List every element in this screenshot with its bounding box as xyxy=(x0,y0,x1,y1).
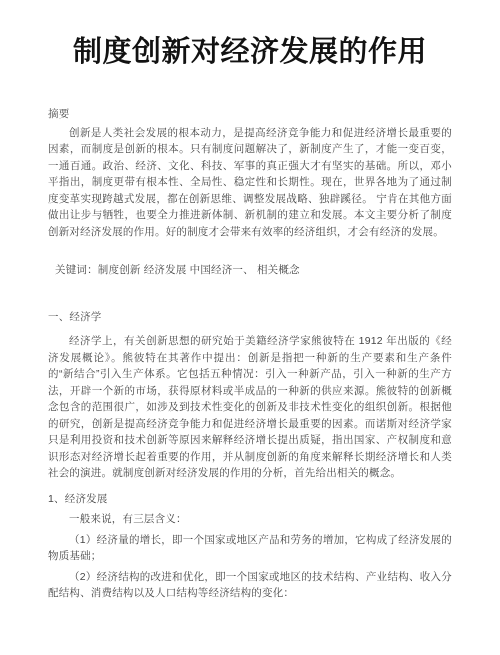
document-page: 制度创新对经济发展的作用 摘要 创新是人类社会发展的根本动力，是提高经济竞争能力… xyxy=(0,0,500,655)
keywords-line: 关键词：制度创新 经济发展 中国经济一、 相关概念 xyxy=(48,262,452,279)
economic-development-intro: 一般来说，有三层含义： xyxy=(48,511,452,528)
economic-development-item-2: （2）经济结构的改进和优化，即一个国家或地区的技术结构、产业结构、收入分配结构、… xyxy=(48,569,452,602)
abstract-label: 摘要 xyxy=(48,106,452,123)
economic-development-item-1: （1）经济量的增长，即一个国家或地区产品和劳务的增加，它构成了经济发展的物质基础… xyxy=(48,532,452,565)
abstract-paragraph: 创新是人类社会发展的根本动力，是提高经济竞争能力和促进经济增长最重要的因素，而制… xyxy=(48,125,452,241)
economics-paragraph: 经济学上，有关创新思想的研究始于美籍经济学家熊彼特在 1912 年出版的《经济发… xyxy=(48,333,452,482)
subsection-heading-economic-development: 1、经济发展 xyxy=(48,491,452,508)
document-title: 制度创新对经济发展的作用 xyxy=(48,34,452,70)
section-heading-economics: 一、经济学 xyxy=(48,309,452,326)
